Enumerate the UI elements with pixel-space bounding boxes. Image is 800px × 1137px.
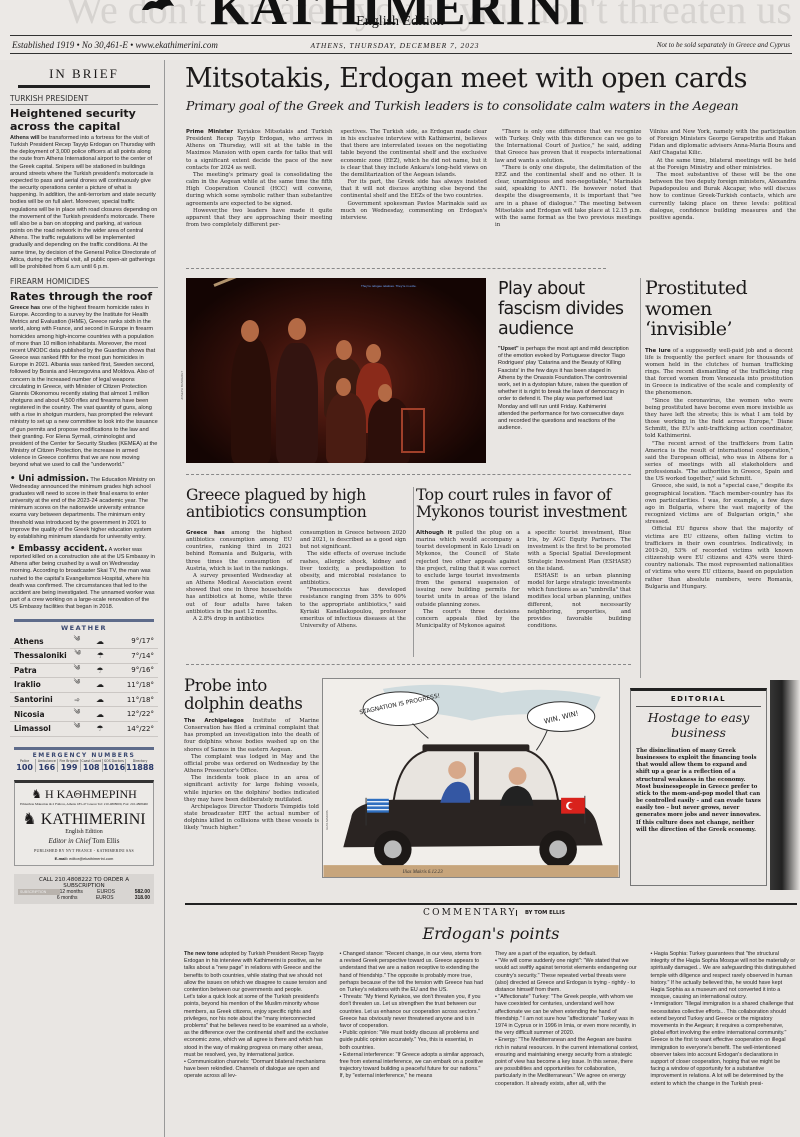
court-body: Although it pulled the plug on a marina … xyxy=(416,530,631,630)
paragraph: "Since the coronavirus, the women who we… xyxy=(645,398,793,441)
brief-headline: Heightened security across the capital xyxy=(10,107,158,133)
svg-text:Ilias Makris 6.12.23: Ilias Makris 6.12.23 xyxy=(402,870,444,875)
court-column: a specific tourist investment, Blue Iris… xyxy=(528,530,632,630)
subscription-call: CALL 210.4808222 TO ORDER A SUBSCRIPTION xyxy=(18,877,150,889)
in-brief-column: IN BRIEF TURKISH PRESIDENT Heightened se… xyxy=(10,60,165,1137)
eic-name: Tom Ellis xyxy=(92,837,119,845)
weather-temp: 14°/22° xyxy=(112,725,154,733)
play-text: is perhaps the most apt and mild descrip… xyxy=(498,346,629,431)
commentary-author: BY TOM ELLIS xyxy=(516,910,565,916)
emergency-directory: Directory11888 xyxy=(126,759,154,772)
emergency-label: Ambulance xyxy=(36,759,57,763)
storm-cloud-icon: ☁ xyxy=(88,695,112,704)
brief-bullet-embassy: • Embassy accident. A worker was reporte… xyxy=(10,546,158,611)
paragraph: The side effects of overuse include rash… xyxy=(300,551,406,587)
section-divider xyxy=(186,268,606,269)
lead-body: Prime Minister Kyriakos Mitsotakis and T… xyxy=(186,129,796,260)
lead-column: Vilnius and New York, namely with the pa… xyxy=(650,129,797,260)
paragraph: of a supposedly well-paid job and a dece… xyxy=(645,348,793,397)
column-divider xyxy=(413,487,414,657)
rain-cloud-icon: ☂ xyxy=(88,724,112,733)
emergency-sos-doctors: SOS Doctors1016 xyxy=(103,759,126,772)
emergency-numbers: Police100 Ambulance166 Fire Brigade199 C… xyxy=(10,759,158,772)
greek-logo: ♞ Η ΚΑΘΗΜΕΡΙΝΗ xyxy=(19,787,149,802)
masthead-rule xyxy=(10,53,792,54)
paragraph: The complaint was lodged in May and the … xyxy=(184,754,319,775)
emergency-number: 100 xyxy=(14,763,35,772)
weather-temp: 12°/22° xyxy=(112,710,154,718)
paragraph: The court's three decisions concern appe… xyxy=(416,609,520,630)
paragraph: Kyriakos Mitsotakis and Turkish Presiden… xyxy=(186,129,333,171)
lead-column: spectives. The Turkish side, as Erdogan … xyxy=(341,129,488,260)
paragraph: "There is only one dispute, the delimita… xyxy=(495,165,642,229)
masthead-rule xyxy=(10,35,792,36)
weather-city: Iraklio xyxy=(14,680,66,689)
emergency-label: Coast Guard xyxy=(81,759,102,763)
paragraph: Archipelagos Director Thodoris Tsimpidis… xyxy=(184,804,319,833)
weather-row: Iraklio༄☁11°/18° xyxy=(10,678,158,693)
section-divider xyxy=(186,474,631,475)
antibiotics-body: Greece has among the highest antibiotics… xyxy=(186,530,406,630)
commentary-column: • Changed stance: "Recent change, in our… xyxy=(340,951,486,1088)
paragraph: pulled the plug on a marina which would … xyxy=(416,530,520,608)
wind-icon: ༄ xyxy=(66,719,88,738)
brief-text: be transformed into a fortress for the v… xyxy=(10,135,157,270)
dateline: ATHENS, THURSDAY, DECEMBER 7, 2023 xyxy=(0,41,660,50)
photo-credit: JOSEPH BANDERET xyxy=(180,371,184,400)
brief-text: one of the highest firearm homicide rate… xyxy=(10,305,158,468)
cartoon-illustration: STAGNATION IS PROGRESS! WIN, WIN! Ilias … xyxy=(323,679,619,877)
storm-cloud-icon: ☁ xyxy=(88,680,112,689)
email-label: E-mail: xyxy=(55,856,68,861)
commentary-rule xyxy=(185,903,797,905)
rain-cloud-icon: ☂ xyxy=(88,666,112,675)
brief-body: Greece has one of the highest firearm ho… xyxy=(10,305,158,470)
griffin-logo-icon xyxy=(140,0,176,12)
commentary-column: They are a part of the equation, by defa… xyxy=(495,951,641,1088)
bullet-text: The Education Ministry on Wednesday anno… xyxy=(10,477,155,540)
lead-subhead: Primary goal of the Greek and Turkish le… xyxy=(186,98,796,113)
not-sold-notice: Not to be sold separately in Greece and … xyxy=(657,41,790,49)
surtitle-text: They're refugee relatives. They're in ex… xyxy=(361,284,416,288)
weather-city: Patra xyxy=(14,666,66,675)
play-headline: Play about fascism divides audience xyxy=(498,279,633,339)
emergency-number: 166 xyxy=(36,763,57,772)
lead-kicker: Prime Minister xyxy=(186,129,233,135)
email-link[interactable]: editor@ekathimerini.com xyxy=(69,856,113,861)
brief-item-security: TURKISH PRESIDENT Heightened security ac… xyxy=(10,94,158,271)
paragraph: a specific tourist investment, Blue Iris… xyxy=(528,530,632,573)
stage-light xyxy=(213,278,298,287)
play-body: "Upset" is perhaps the most apt and mild… xyxy=(498,346,629,432)
paragraph: At the same time, bilateral meetings wil… xyxy=(650,158,797,172)
weather-temp: 9°/16° xyxy=(112,666,154,674)
emergency-police: Police100 xyxy=(14,759,36,772)
masthead: We don't threaten you if you don't threa… xyxy=(0,0,800,60)
dolphin-body: The Archipelagos Institute of Marine Con… xyxy=(184,718,319,833)
commentary-body: The new tone adopted by Turkish Presiden… xyxy=(184,951,796,1088)
griffin-logo-icon: ♞ xyxy=(22,811,40,828)
paragraph: The meeting's primary goal is consolidat… xyxy=(186,172,333,208)
paragraph: The incidents took place in an area of s… xyxy=(184,775,319,804)
commentary-lead: The new tone xyxy=(184,951,218,957)
sub-price: 318.00 xyxy=(135,895,150,901)
prostitution-body: The lure of a supposedly well-paid job a… xyxy=(645,348,793,591)
antibiotics-lead: Greece has xyxy=(186,530,225,536)
commentary-label: COMMENTARY xyxy=(423,908,517,918)
imprint-address: Ethnarhou Makariou & 2 Falirou, Athens 1… xyxy=(19,802,149,807)
sub-currency: EUROS xyxy=(96,895,135,901)
paragraph: The most substantive of these will be th… xyxy=(650,172,797,222)
wind-icon: ➾ xyxy=(66,696,88,704)
emergency-number: 11888 xyxy=(126,763,154,772)
play-lead: "Upset" xyxy=(498,346,519,352)
lead-column: Prime Minister Kyriakos Mitsotakis and T… xyxy=(186,129,333,260)
brief-body: Athens will be transformed into a fortre… xyxy=(10,135,158,271)
lead-headline: Mitsotakis, Erdogan meet with open cards xyxy=(185,63,795,94)
antibiotics-headline: Greece plagued by high antibiotics consu… xyxy=(186,487,411,521)
weather-bar xyxy=(14,619,154,622)
theater-photo: They're refugee relatives. They're in ex… xyxy=(186,278,486,463)
emergency-number: 108 xyxy=(81,763,102,772)
paragraph: "The recent arrest of the traffickers fr… xyxy=(645,441,793,484)
weather-city: Limassol xyxy=(14,724,66,733)
weather-temp: 11°/18° xyxy=(112,696,154,704)
rain-cloud-icon: ☂ xyxy=(89,651,113,660)
brief-lead: Athens will xyxy=(10,135,40,141)
subscription-box: CALL 210.4808222 TO ORDER A SUBSCRIPTION… xyxy=(14,874,154,904)
paragraph: A survey presented Wednesday at an Athen… xyxy=(186,573,292,616)
imprint-email: E-mail: editor@ekathimerini.com xyxy=(19,856,149,861)
dolphin-lead: The Archipelagos xyxy=(184,718,244,724)
paragraph: Official EU figures show that the majori… xyxy=(645,526,793,590)
publisher-line: PUBLISHED BY NYT FRANCE - KATHIMERINI SA… xyxy=(19,849,149,853)
weather-temp: 9°/17° xyxy=(112,637,154,645)
paragraph: Vilnius and New York, namely with the pa… xyxy=(650,129,797,158)
antibiotics-column: consumption in Greece between 2020 and 2… xyxy=(300,530,406,630)
weather-temp: 11°/18° xyxy=(112,681,154,689)
commentary-text: adopted by Turkish President Recep Tayyi… xyxy=(184,951,328,1079)
paragraph: among the highest antibiotics consumptio… xyxy=(186,530,292,572)
emergency-title: EMERGENCY NUMBERS xyxy=(10,752,158,759)
weather-row: Limassol༄☂14°/22° xyxy=(10,722,158,737)
subscription-row: 6 monthsEUROS318.00 xyxy=(18,895,150,901)
weather-city: Santorini xyxy=(14,695,66,704)
weather-city: Thessaloniki xyxy=(14,651,67,660)
emergency-number: 199 xyxy=(58,763,79,772)
partly-cloudy-icon: ☁ xyxy=(88,637,112,646)
editor-in-chief: Editor in Chief Tom Ellis xyxy=(19,837,149,845)
paragraph: consumption in Greece between 2020 and 2… xyxy=(300,530,406,551)
section-divider xyxy=(186,664,631,665)
lead-column: "There is only one difference that we re… xyxy=(495,129,642,260)
prostitution-story: Prostituted women ‘invisible’ The lure o… xyxy=(640,278,793,678)
bullet-text: A worker was reported killed on a constr… xyxy=(10,547,155,610)
editorial-label: EDITORIAL xyxy=(636,695,761,707)
in-brief-label: IN BRIEF xyxy=(10,66,158,82)
brief-kicker: TURKISH PRESIDENT xyxy=(10,94,158,105)
weather-table: Athens༄☁9°/17° Thessaloniki༄☂7°/14° Patr… xyxy=(10,634,158,736)
emergency-fire: Fire Brigade199 xyxy=(58,759,80,772)
bullet-head: • Uni admission. xyxy=(10,474,89,484)
eic-label: Editor in Chief xyxy=(49,837,91,845)
page-edge-shadow xyxy=(770,680,800,890)
in-brief-rule xyxy=(18,85,150,88)
paragraph: "Pneumococcus has developed resistance r… xyxy=(300,587,406,630)
greek-logo-text: Η ΚΑΘΗΜΕΡΙΝΗ xyxy=(45,787,137,801)
imprint-box: ♞ Η ΚΑΘΗΜΕΡΙΝΗ Ethnarhou Makariou & 2 Fa… xyxy=(14,780,154,867)
sub-period: 6 months xyxy=(57,895,96,901)
dolphin-headline: Probe into dolphin deaths xyxy=(184,677,324,712)
political-cartoon: STAGNATION IS PROGRESS! WIN, WIN! Ilias … xyxy=(322,678,620,878)
edition-label: English Edition xyxy=(0,14,800,30)
paragraph: Government spokesman Pavlos Marinakis sa… xyxy=(341,201,488,222)
paragraph: A 2.8% drop in antibiotics xyxy=(186,616,292,623)
brief-item-firearms: FIREARM HOMICIDES Rates through the roof… xyxy=(10,277,158,470)
imprint-edition: English Edition xyxy=(19,829,149,835)
emergency-number: 1016 xyxy=(103,763,125,772)
court-lead: Although it xyxy=(416,530,452,536)
paragraph: Greece, she said, is not a "special case… xyxy=(645,483,793,526)
brief-lead: Greece has xyxy=(10,305,40,311)
brief-kicker: FIREARM HOMICIDES xyxy=(10,277,158,288)
emergency-label: Fire Brigade xyxy=(58,759,79,763)
brief-bullet-uni: • Uni admission. The Education Ministry … xyxy=(10,476,158,541)
storm-cloud-icon: ☁ xyxy=(88,710,112,719)
paragraph: However,the two leaders have made it qui… xyxy=(186,208,333,229)
weather-city: Athens xyxy=(14,637,66,646)
weather-temp: 7°/14° xyxy=(112,652,154,660)
paragraph: "There is only one difference that we re… xyxy=(495,129,642,165)
court-headline: Top court rules in favor of Mykonos tour… xyxy=(416,487,638,521)
commentary-column: • Hagia Sophia: Turkey guarantees that "… xyxy=(651,951,797,1088)
emergency-label: SOS Doctors xyxy=(103,759,125,763)
commentary-headline: Erdogan's points xyxy=(185,924,797,943)
editorial-body: The disinclination of many Greek busines… xyxy=(636,748,761,834)
english-logo-text: KATHIMERINI xyxy=(41,811,146,828)
bullet-head: • Embassy accident. xyxy=(10,544,107,554)
prostitution-lead: The lure xyxy=(645,348,671,354)
court-column: Although it pulled the plug on a marina … xyxy=(416,530,520,630)
paragraph: spectives. The Turkish side, as Erdogan … xyxy=(341,129,488,179)
cartoon-credit: ILIAS MAKRIS xyxy=(325,810,329,830)
editorial-title: Hostage to easy business xyxy=(636,710,761,740)
paragraph: ESHASE is an urban planning model for la… xyxy=(528,573,632,630)
editorial-box: EDITORIAL Hostage to easy business The d… xyxy=(630,688,767,886)
emergency-coast-guard: Coast Guard108 xyxy=(81,759,103,772)
griffin-logo-icon: ♞ xyxy=(31,787,45,801)
weather-city: Nicosia xyxy=(14,710,66,719)
commentary-column: The new tone adopted by Turkish Presiden… xyxy=(184,951,330,1088)
wind-icon: ༄ xyxy=(66,675,88,694)
antibiotics-column: Greece has among the highest antibiotics… xyxy=(186,530,292,630)
emergency-bar xyxy=(14,747,154,750)
prostitution-headline: Prostituted women ‘invisible’ xyxy=(645,278,793,340)
paragraph: For its part, the Greek side has always … xyxy=(341,179,488,200)
emergency-ambulance: Ambulance166 xyxy=(36,759,58,772)
english-logo: ♞ KATHIMERINI xyxy=(19,809,149,829)
brief-headline: Rates through the roof xyxy=(10,290,158,303)
